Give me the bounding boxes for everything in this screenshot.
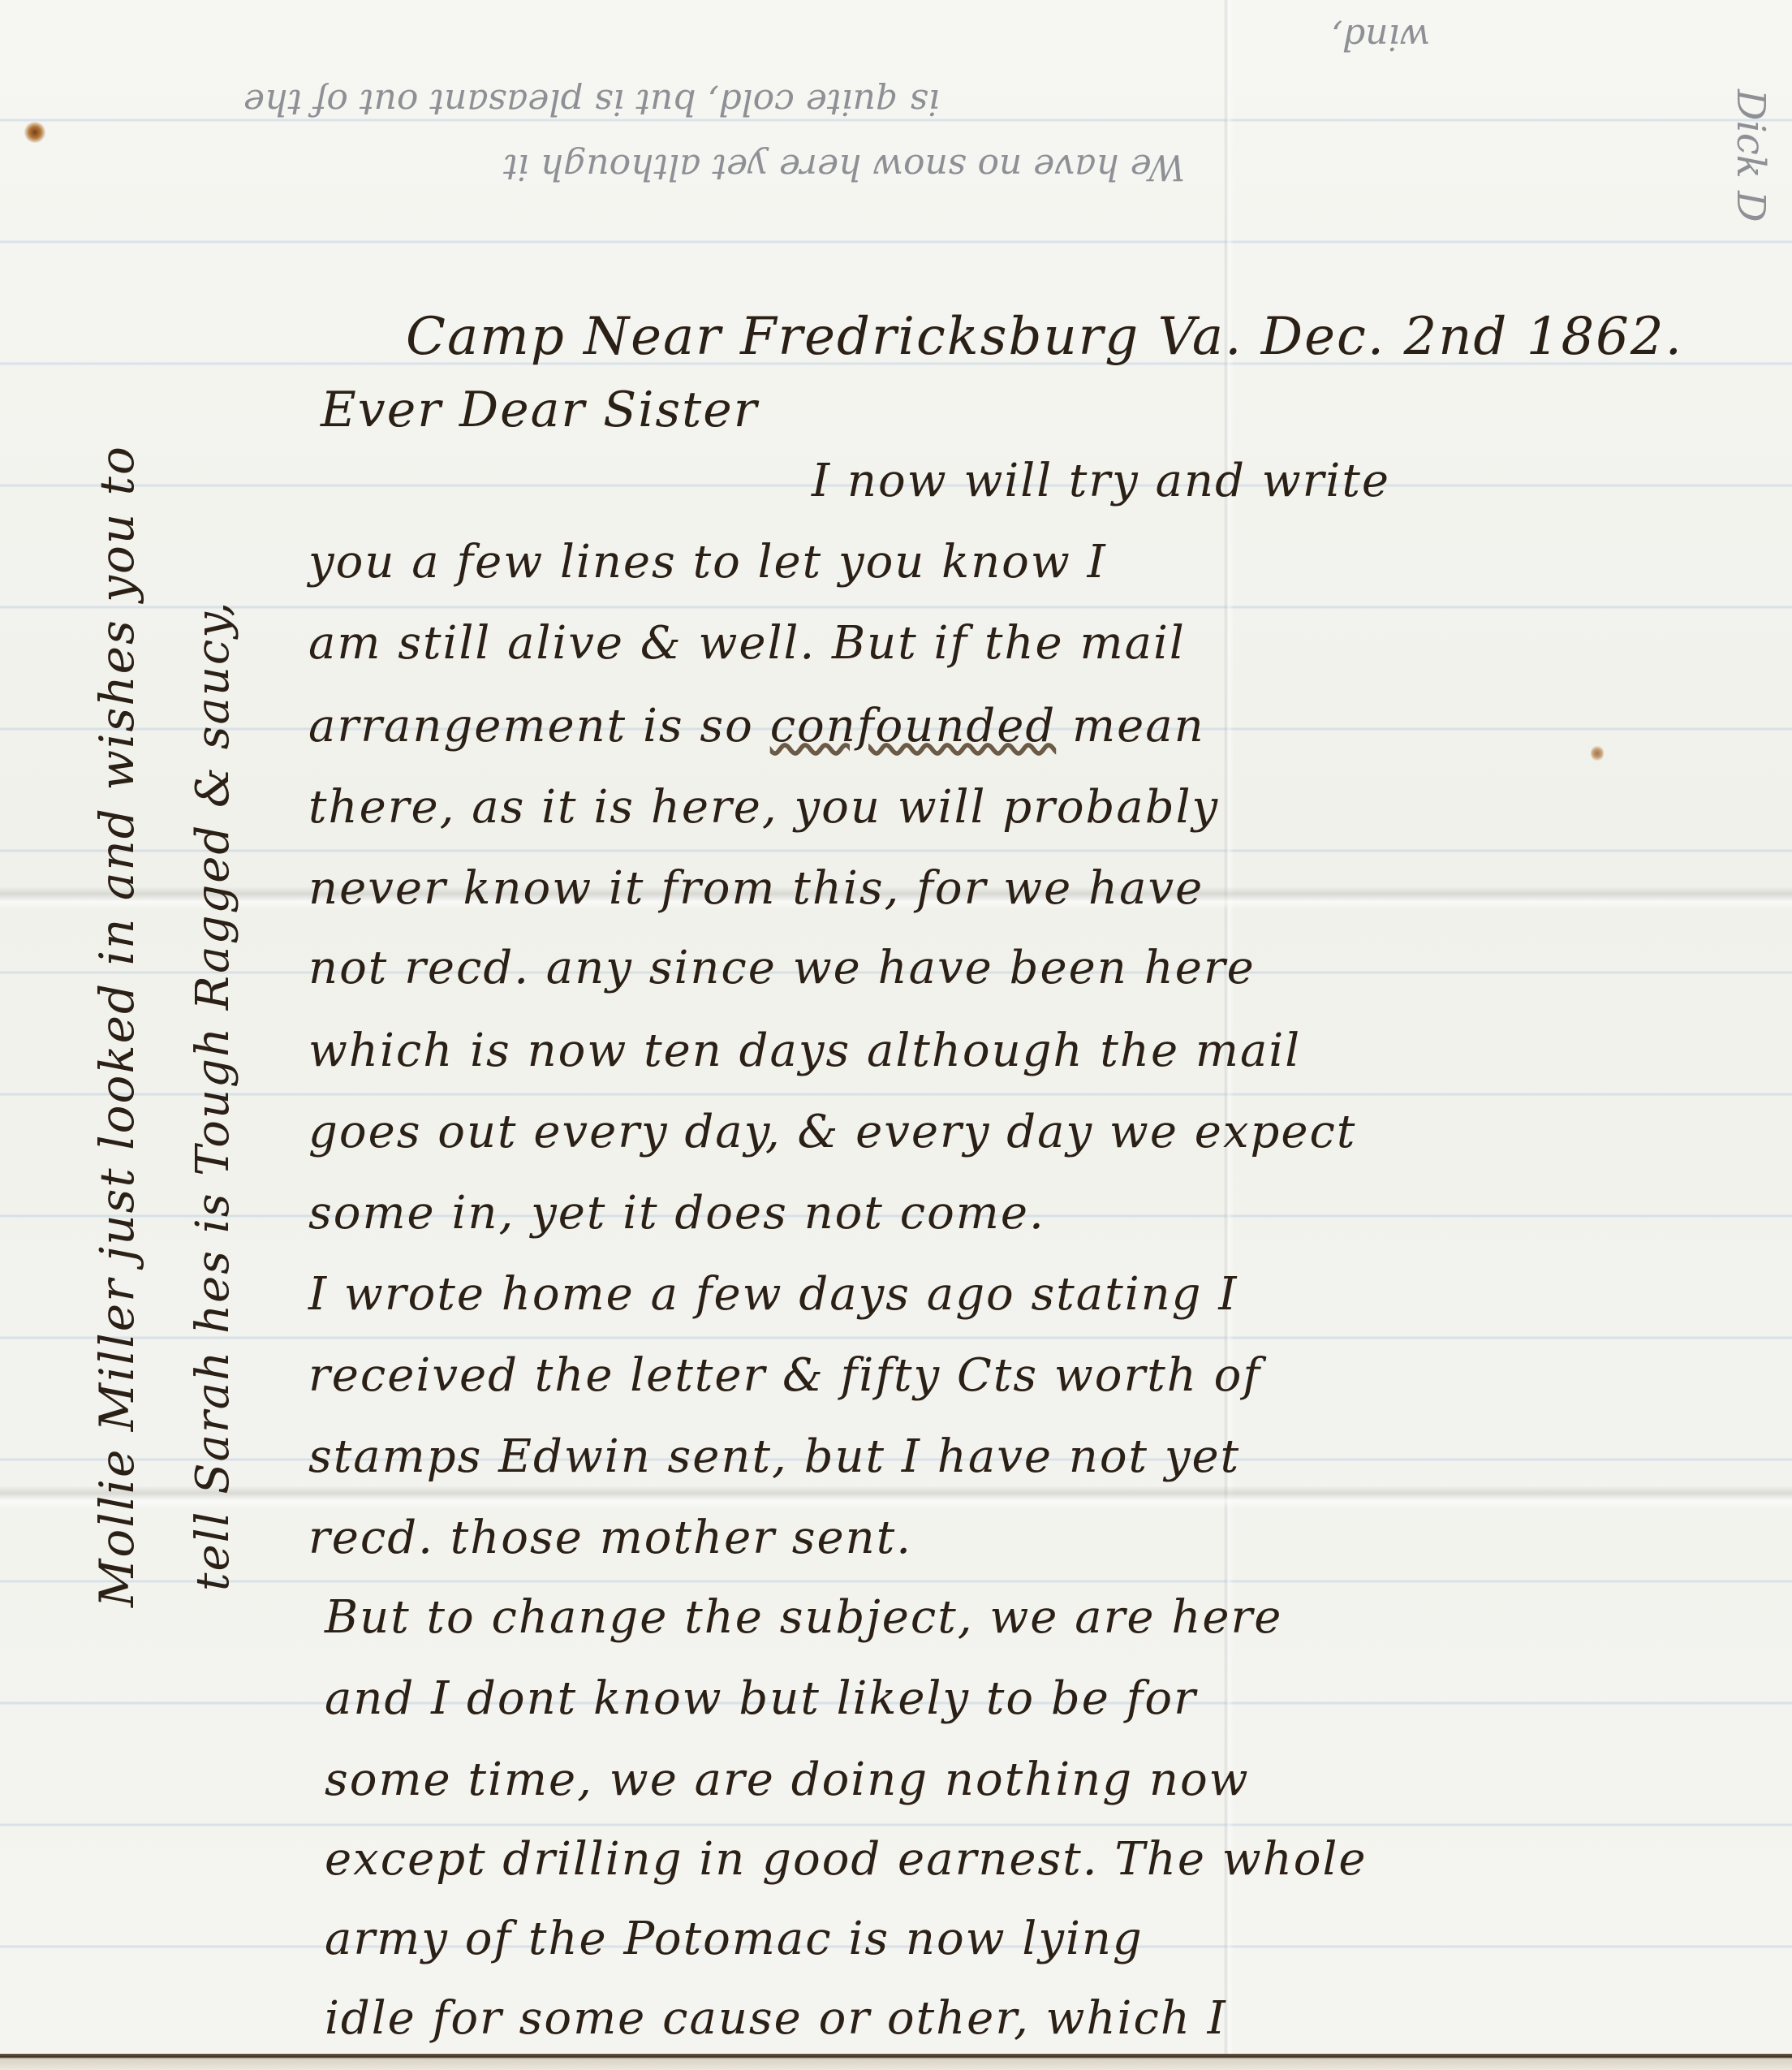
body-line: I wrote home a few days ago stating I bbox=[308, 1268, 1238, 1321]
body-line: But to change the subject, we are here bbox=[325, 1591, 1282, 1644]
underlined-word: confounded bbox=[770, 700, 1057, 753]
body-line: and I dont know but likely to be for bbox=[325, 1672, 1197, 1725]
ink-stain bbox=[24, 122, 45, 143]
body-line: received the letter & fifty Cts worth of bbox=[308, 1349, 1261, 1402]
body-line: some time, we are doing nothing now bbox=[325, 1753, 1250, 1806]
rust-spot bbox=[1591, 745, 1604, 761]
pencil-note-top-line-1: We have no snow here yet although it bbox=[503, 146, 1185, 188]
letter-dateline: Camp Near Fredricksburg Va. Dec. 2nd 186… bbox=[406, 307, 1683, 367]
body-line: arrangement is so confounded mean bbox=[308, 700, 1205, 753]
body-line: army of the Potomac is now lying bbox=[325, 1913, 1144, 1965]
margin-note-line-2: tell Sarah hes is Tough Ragged & saucy, bbox=[187, 601, 239, 1591]
body-line: I now will try and write bbox=[812, 455, 1390, 507]
pencil-note-top-right: Dick D bbox=[1728, 89, 1773, 222]
body-line: goes out every day, & every day we expec… bbox=[308, 1106, 1356, 1158]
horizontal-fold-crease bbox=[0, 1486, 1792, 1508]
body-line: recd. those mother sent. bbox=[308, 1512, 912, 1564]
body-line: which is now ten days although the mail bbox=[308, 1024, 1301, 1077]
body-line: except drilling in good earnest. The who… bbox=[325, 1833, 1368, 1886]
body-line: there, as it is here, you will probably bbox=[308, 781, 1219, 834]
body-line: you a few lines to let you know I bbox=[308, 536, 1107, 589]
margin-note-line-1: Mollie Miller just looked in and wishes … bbox=[89, 445, 144, 1607]
letter-salutation: Ever Dear Sister bbox=[321, 382, 758, 438]
body-line: not recd. any since we have been here bbox=[308, 942, 1256, 994]
body-line: never know it from this, for we have bbox=[308, 862, 1204, 915]
body-line: some in, yet it does not come. bbox=[308, 1187, 1045, 1240]
body-line: idle for some cause or other, which I bbox=[325, 1992, 1227, 2045]
pencil-note-top-line-3: wind, bbox=[1331, 16, 1430, 58]
page-bottom-edge bbox=[0, 2054, 1792, 2070]
pencil-note-top-line-2: is quite cold, but is pleasant out of th… bbox=[243, 81, 940, 123]
body-line: stamps Edwin sent, but I have not yet bbox=[308, 1430, 1240, 1483]
body-line: am still alive & well. But if the mail bbox=[308, 617, 1186, 670]
